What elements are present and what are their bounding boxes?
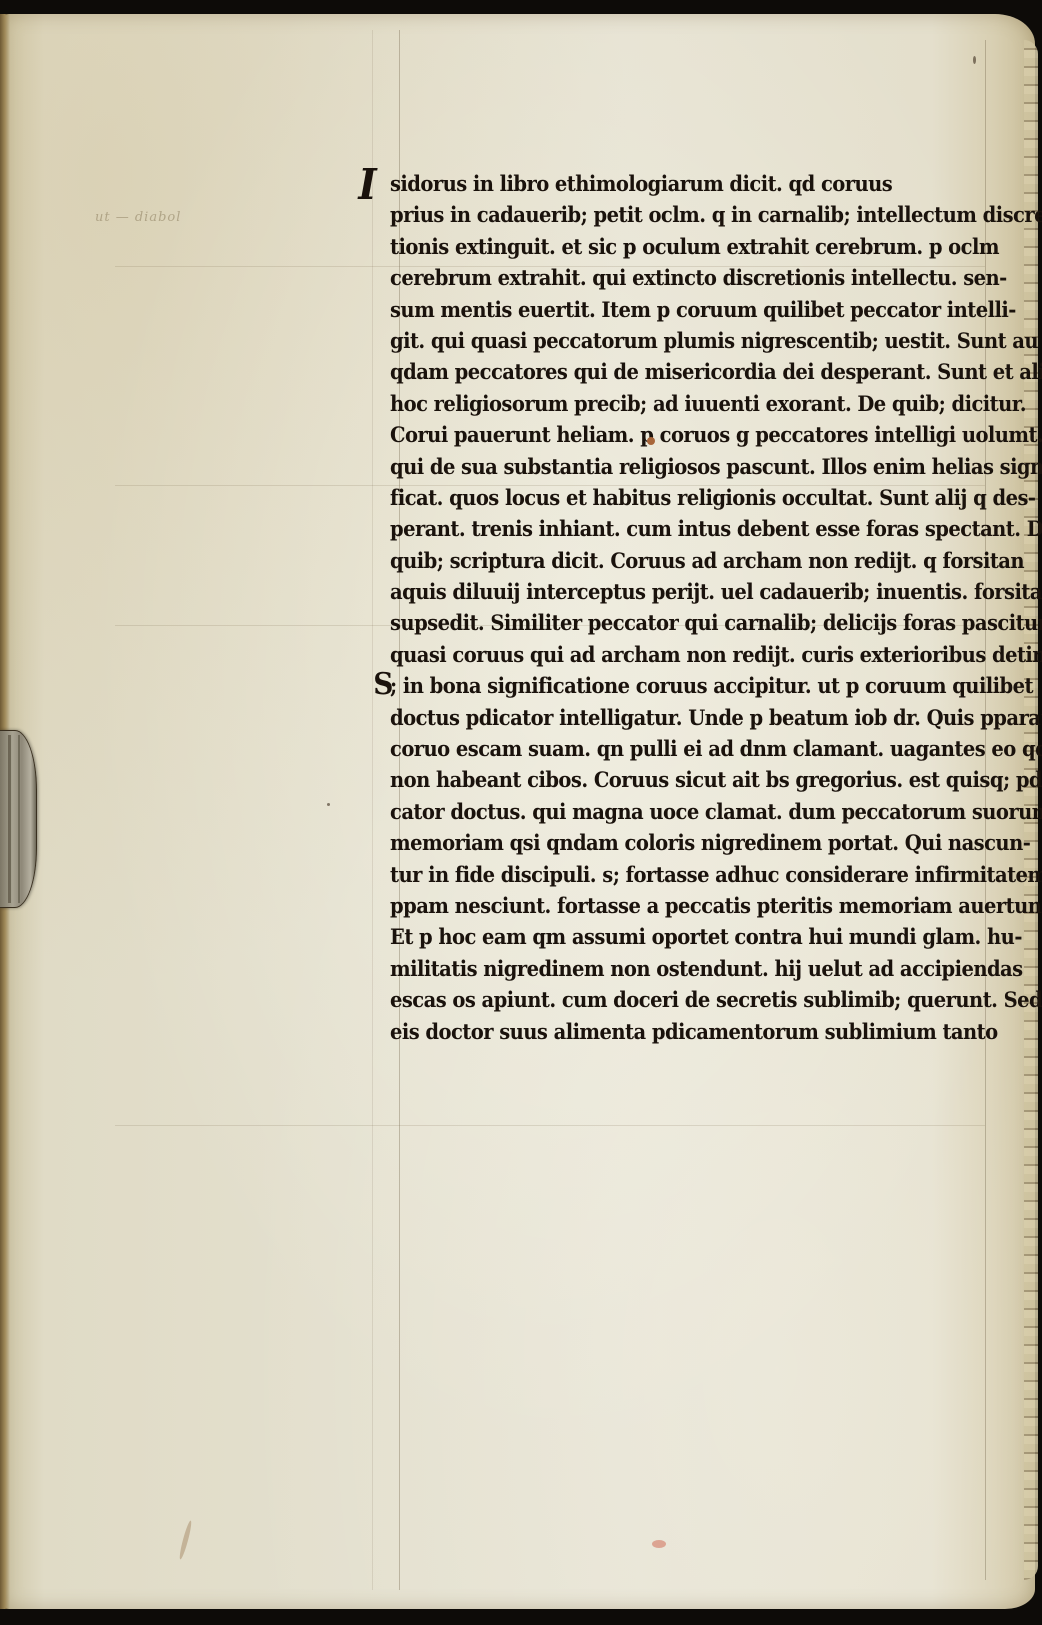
margin-annotation: ut — diabol [95, 210, 181, 225]
text-line: tionis extinguit. et sic p oculum extrah… [390, 231, 948, 262]
line-text: sidorus in libro ethimologiarum dicit. q… [390, 171, 892, 196]
text-line: sum mentis euertit. Item p coruum quilib… [390, 294, 948, 325]
text-line: quib; scriptura dicit. Coruus ad archam … [390, 545, 948, 576]
text-line: supsedit. Similiter peccator qui carnali… [390, 607, 948, 638]
text-line: cerebrum extrahit. qui extincto discreti… [390, 262, 948, 293]
text-line: ppam nesciunt. fortasse a peccatis pteri… [390, 890, 948, 921]
text-line: S ; in bona significatione coruus accipi… [390, 670, 948, 701]
line-text: ; in bona significatione coruus accipitu… [390, 673, 1033, 698]
text-line: ficat. quos locus et habitus religionis … [390, 482, 948, 513]
prick-mark [973, 56, 976, 64]
text-line: non habeant cibos. Coruus sicut ait bs g… [390, 764, 948, 795]
text-line: hoc religiosorum precib; ad iuuenti exor… [390, 388, 948, 419]
text-line: militatis nigredinem non ostendunt. hij … [390, 953, 948, 984]
text-line: perant. trenis inhiant. cum intus debent… [390, 513, 948, 544]
text-line: eis doctor suus alimenta pdicamentorum s… [390, 1016, 948, 1047]
text-line: qdam peccatores qui de misericordia dei … [390, 356, 948, 387]
text-line: I sidorus in libro ethimologiarum dicit.… [390, 168, 948, 199]
text-line: Et p hoc eam qm assumi oportet contra hu… [390, 921, 948, 952]
text-line: quasi coruus qui ad archam non redijt. c… [390, 639, 948, 670]
text-line: aquis diluuij interceptus perijt. uel ca… [390, 576, 948, 607]
text-line: tur in fide discipuli. s; fortasse adhuc… [390, 859, 948, 890]
text-line: git. qui quasi peccatorum plumis nigresc… [390, 325, 948, 356]
clasp-icon [0, 730, 37, 908]
text-line: memoriam qsi qndam coloris nigredinem po… [390, 827, 948, 858]
text-line: prius in cadauerib; petit oclm. q in car… [390, 199, 948, 230]
manuscript-viewer: ut — diabol I sidorus in libro ethimolog… [0, 0, 1042, 1625]
text-line: qui de sua substantia religiosos pascunt… [390, 451, 948, 482]
main-text-column: I sidorus in libro ethimologiarum dicit.… [390, 168, 990, 1047]
decorated-initial: I [358, 164, 376, 206]
ruling-line-horizontal [115, 1125, 985, 1126]
text-line: cator doctus. qui magna uoce clamat. dum… [390, 796, 948, 827]
ruling-line-vertical [372, 30, 373, 1590]
text-line: doctus pdicator intelligatur. Unde p bea… [390, 702, 948, 733]
text-line: Corui pauerunt heliam. p coruos g peccat… [390, 419, 948, 450]
text-line: escas os apiunt. cum doceri de secretis … [390, 984, 948, 1015]
decorated-initial: S [373, 670, 393, 700]
stain-mark [652, 1540, 666, 1548]
text-line: coruo escam suam. qn pulli ei ad dnm cla… [390, 733, 948, 764]
parchment-hole [647, 437, 655, 445]
ink-speck [327, 803, 330, 806]
